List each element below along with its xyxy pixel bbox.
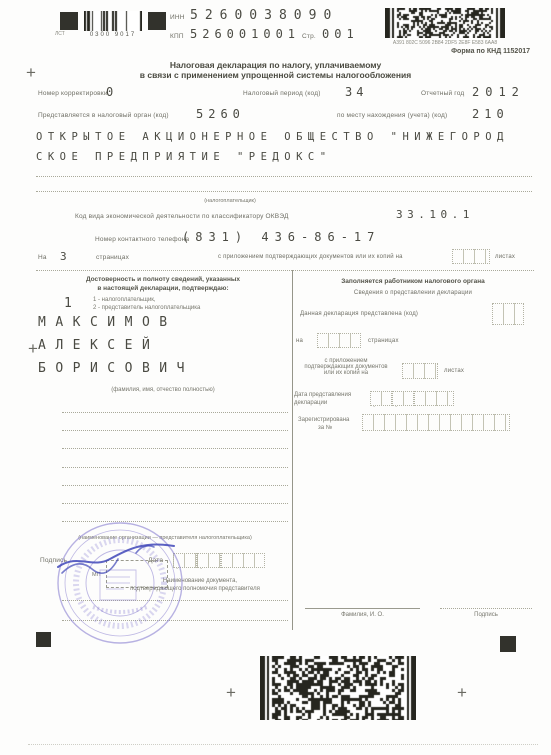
submitted-code-cells xyxy=(492,303,524,325)
registration-square-top-left-1 xyxy=(60,12,78,30)
write-in-line xyxy=(62,503,288,504)
pages-prefix-label: На xyxy=(38,254,47,261)
phone-label: Номер контактного телефона xyxy=(95,236,189,243)
write-in-line xyxy=(62,412,288,413)
registration-plus-mid-left: + xyxy=(28,344,38,354)
barcode-2d-caption: A391 802C 5096 2B84 2DF5 2E8F E583 6AA8 xyxy=(368,40,522,46)
signer-legend-line1: 1 - налогоплательщик, xyxy=(93,297,156,303)
inspector-signature-caption: Подпись xyxy=(440,612,532,618)
signer-patronymic: БОРИСОВИЧ xyxy=(38,361,194,376)
phone-value: (831) 436-86-17 xyxy=(182,230,380,244)
tax-authority-value: 5260 xyxy=(196,107,245,121)
correction-number-value: 0 xyxy=(106,85,113,99)
registered-label-line1: Зарегистрирована xyxy=(298,417,349,423)
page-number-label: Стр. xyxy=(302,33,316,40)
attachments-sheets-cells xyxy=(452,249,490,264)
scanned-declaration-page: ЛСТ 0300 9017 ИНН 5260038090 КПП 5260010… xyxy=(0,0,551,755)
inspector-sheets-label: листах xyxy=(444,368,464,374)
inspector-name-caption: Фамилия, И. О. xyxy=(305,612,420,618)
inn-label: ИНН xyxy=(170,14,185,21)
attachments-suffix-label: листах xyxy=(495,254,515,260)
location-code-label: по месту нахождения (учета) (код) xyxy=(337,112,447,119)
inspector-pages-cells xyxy=(317,333,361,348)
notary-stamp xyxy=(48,515,193,650)
page-number-value: 001 xyxy=(322,27,359,41)
section-divider xyxy=(292,270,293,630)
submission-date-label-line2: декларации xyxy=(294,400,327,406)
form-barcode-2d xyxy=(385,8,505,38)
inspector-attach-line3: или их копий на xyxy=(294,370,398,376)
report-year-label: Отчетный год xyxy=(421,90,464,97)
barcode-side-label: ЛСТ xyxy=(55,31,65,37)
pages-suffix-label: страницах xyxy=(96,254,129,261)
okved-value: 33.10.1 xyxy=(396,208,474,221)
signer-surname: МАКСИМОВ xyxy=(38,315,177,330)
write-in-line xyxy=(62,485,288,486)
inspector-attach-labels: с приложением подтверждающих документов … xyxy=(294,358,398,376)
form-knd-label: Форма по КНД 1152017 xyxy=(400,48,530,55)
submission-date-cells xyxy=(370,390,454,408)
correction-number-label: Номер корректировки xyxy=(38,90,108,97)
registration-square-top-left-2 xyxy=(148,12,166,30)
registration-number-cells xyxy=(362,414,510,431)
tax-authority-label: Представляется в налоговый орган (код) xyxy=(38,112,169,119)
inspector-section-heading: Заполняется работником налогового органа xyxy=(292,278,534,285)
okved-label: Код вида экономической деятельности по к… xyxy=(75,213,289,220)
org-name-rule-2 xyxy=(36,191,532,192)
scan-artifact-line xyxy=(28,744,538,745)
submission-date-label-line1: Дата представления xyxy=(294,392,351,398)
write-in-line xyxy=(62,467,288,468)
inspector-name-line xyxy=(305,608,420,609)
signer-type-code: 1 xyxy=(64,296,72,311)
tax-period-label: Налоговый период (код) xyxy=(243,90,321,97)
org-name-line1: ОТКРЫТОЕ АКЦИОНЕРНОЕ ОБЩЕСТВО "НИЖЕГОРОД xyxy=(36,131,509,143)
signer-name-caption: (фамилия, имя, отчество полностью) xyxy=(63,387,263,393)
signer-firstname: АЛЕКСЕЙ xyxy=(38,338,159,353)
kpp-label: КПП xyxy=(170,33,184,40)
tax-period-value: 34 xyxy=(345,85,367,99)
pages-count-value: 3 xyxy=(60,250,67,263)
location-code-value: 210 xyxy=(472,107,509,121)
report-year-value: 2012 xyxy=(472,85,525,99)
form-barcode-1d xyxy=(84,11,142,31)
kpp-value: 526001001 xyxy=(190,27,300,41)
registration-square-bottom-right xyxy=(500,636,516,652)
registration-plus-bottom-left: + xyxy=(226,688,236,698)
inspector-on-label: на xyxy=(296,338,303,344)
inspector-signature-line xyxy=(440,608,532,609)
section-top-border xyxy=(36,270,534,271)
org-name-rule-1 xyxy=(36,176,532,177)
declaration-title-line1: Налоговая декларация по налогу, уплачива… xyxy=(0,60,551,70)
barcode-digits: 0300 9017 xyxy=(84,32,142,38)
bottom-barcode-2d xyxy=(260,656,416,720)
org-name-line2: СКОЕ ПРЕДПРИЯТИЕ "РЕДОКС" xyxy=(36,151,332,163)
write-in-line xyxy=(62,448,288,449)
signer-legend-line2: 2 - представитель налогоплательщика xyxy=(93,305,200,311)
write-in-line xyxy=(62,430,288,431)
registration-plus-bottom-right: + xyxy=(457,688,467,698)
attachments-label: с приложением подтверждающих документов … xyxy=(218,254,403,260)
declaration-title-line2: в связи с применением упрощенной системы… xyxy=(0,70,551,80)
accuracy-heading-line1: Достоверность и полноту сведений, указан… xyxy=(38,276,288,283)
accuracy-heading-line2: в настоящей декларации, подтверждаю: xyxy=(38,285,288,292)
inspector-sheets-cells xyxy=(402,363,438,379)
taxpayer-caption: (налогоплательщик) xyxy=(120,198,340,204)
inn-value: 5260038090 xyxy=(190,8,338,23)
inspector-section-subheading: Сведения о представлении декларации xyxy=(292,290,534,296)
registered-label-line2: за № xyxy=(318,425,332,431)
inspector-pages-label: страницах xyxy=(368,338,399,344)
submitted-code-label: Данная декларация представлена (код) xyxy=(300,311,418,317)
